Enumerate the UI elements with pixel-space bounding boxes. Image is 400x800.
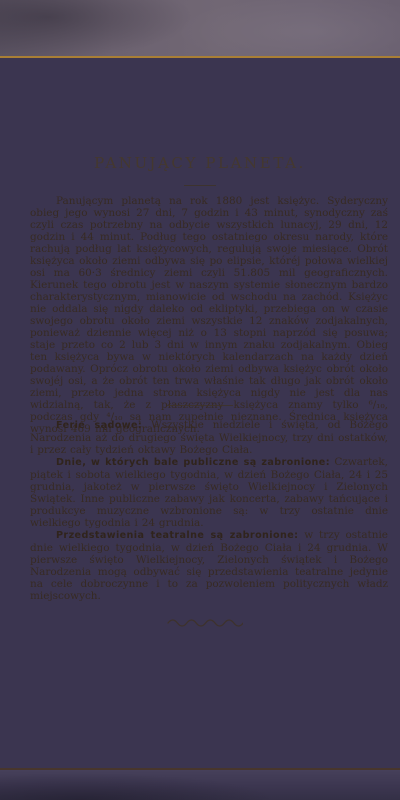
section-przedstawienia-label: Przedstawienia teatralne są zabronione: — [56, 530, 298, 541]
section-divider-rule — [167, 405, 233, 406]
section-bale-label: Dnie, w których bale publiczne są zabron… — [56, 457, 330, 468]
book-photo: PANUJĄCY PLANETA. Panującym planetą na r… — [0, 0, 400, 800]
cover-cloth-bottom — [0, 770, 400, 800]
notice-sections: Ferie sądowe: Wszystkie niedziele i świę… — [30, 419, 388, 602]
section-przedstawienia: Przedstawienia teatralne są zabronione: … — [30, 529, 388, 602]
section-ferie-label: Ferie sądowe: — [56, 420, 142, 431]
section-bale-publiczne: Dnie, w których bale publiczne są zabron… — [30, 456, 388, 529]
section-ferie-sadowe: Ferie sądowe: Wszystkie niedziele i świę… — [30, 419, 388, 456]
page-title: PANUJĄCY PLANETA. — [0, 154, 400, 172]
cover-cloth-top — [0, 0, 400, 57]
book-page: PANUJĄCY PLANETA. Panującym planetą na r… — [0, 56, 400, 770]
title-divider-rule — [184, 185, 216, 186]
intro-paragraph: Panującym planetą na rok 1880 jest księż… — [30, 195, 388, 435]
tailpiece-squiggle-ornament — [167, 618, 243, 628]
